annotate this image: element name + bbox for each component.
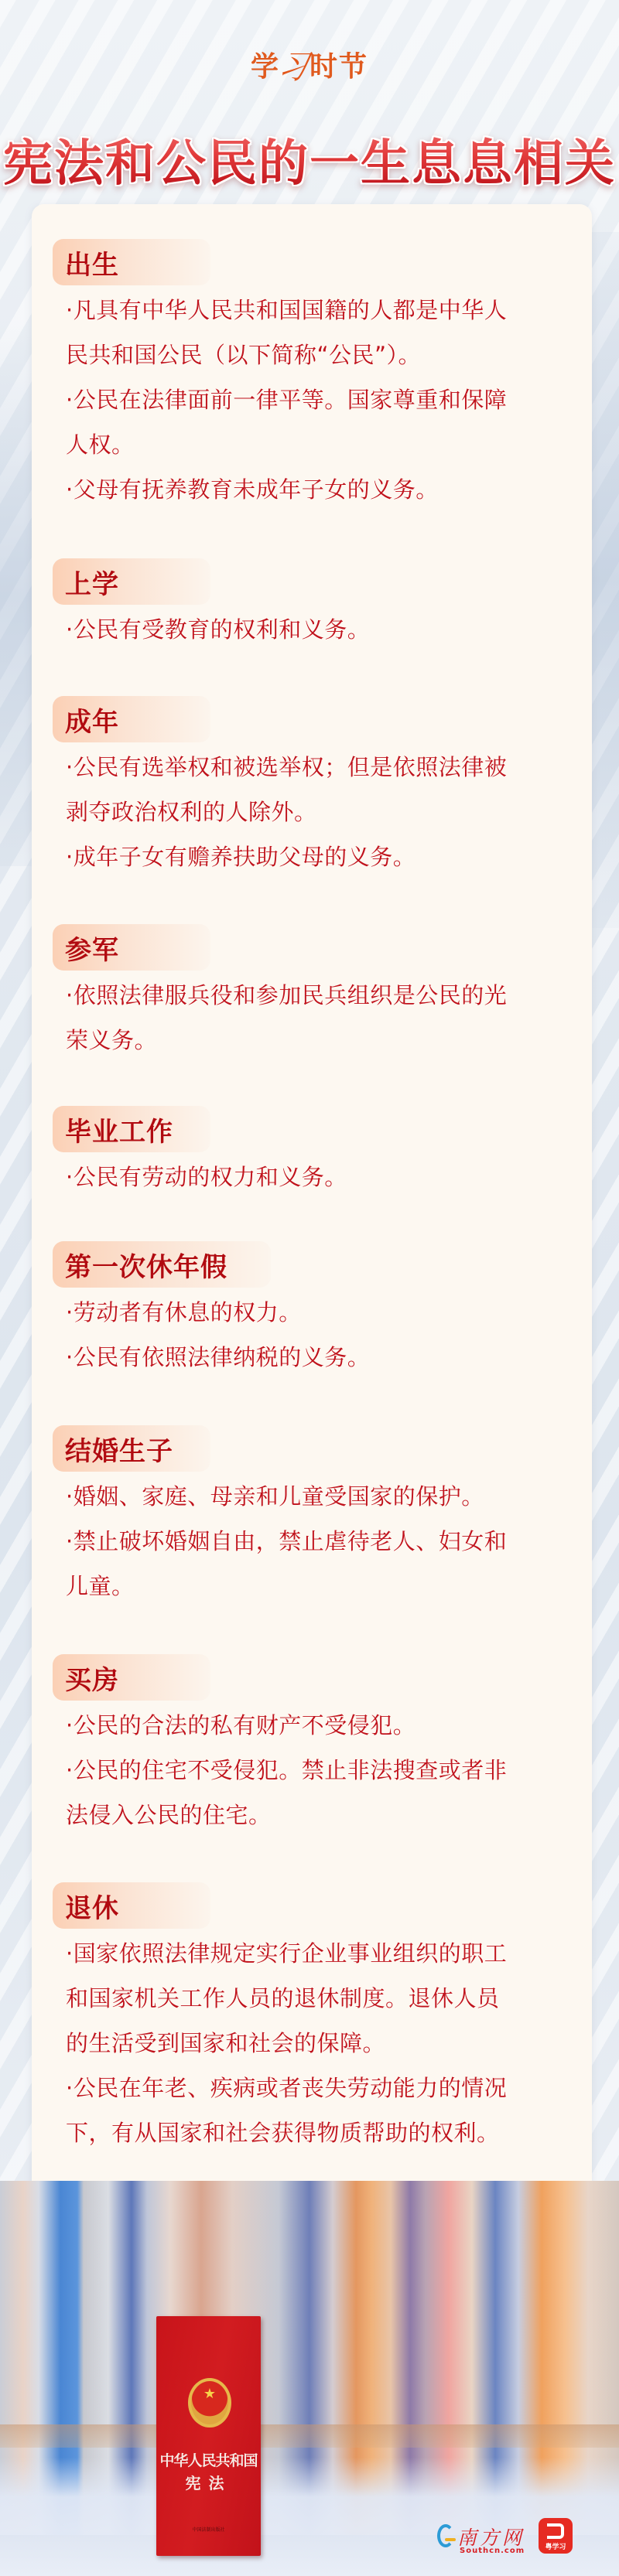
section-heading: 出生 bbox=[65, 244, 119, 281]
section-heading: 结婚生子 bbox=[65, 1430, 173, 1468]
list-item: 儿童。 bbox=[66, 1564, 579, 1609]
section-buy-house: 买房 ·公民的合法的私有财产不受侵犯。 ·公民的住宅不受侵犯。禁止非法搜查或者非… bbox=[53, 1654, 579, 1837]
list-item: ·公民的合法的私有财产不受侵犯。 bbox=[66, 1703, 579, 1748]
star-icon: ★ bbox=[203, 2387, 216, 2401]
section-adulthood: 成年 ·公民有选举权和被选举权；但是依照法律被 剥夺政治权利的人除外。 ·成年子… bbox=[53, 696, 579, 879]
section-heading: 买房 bbox=[65, 1659, 119, 1697]
list-item: ·公民有受教育的权利和义务。 bbox=[66, 607, 579, 652]
list-item: ·成年子女有赡养扶助父母的义务。 bbox=[66, 834, 579, 879]
section-graduation-work: 毕业工作 ·公民有劳动的权力和义务。 bbox=[53, 1106, 579, 1199]
section-first-vacation: 第一次休年假 ·劳动者有休息的权力。 ·公民有依照法律纳税的义务。 bbox=[53, 1241, 579, 1380]
section-tag: 成年 bbox=[53, 696, 210, 742]
brand-brush-character: 习 bbox=[275, 41, 314, 88]
section-retirement: 退休 ·国家依照法律规定实行企业事业组织的职工 和国家机关工作人员的退休制度。退… bbox=[53, 1882, 579, 2155]
list-item: ·公民在法律面前一律平等。国家尊重和保障 bbox=[66, 377, 579, 422]
book-publisher: 中国法制出版社 bbox=[156, 2526, 261, 2533]
list-item: 和国家机关工作人员的退休制度。退休人员 bbox=[66, 1976, 579, 2021]
content-card: 出生 ·凡具有中华人民共和国国籍的人都是中华人 民共和国公民（以下简称“公民”）… bbox=[32, 204, 592, 2264]
section-marriage-children: 结婚生子 ·婚姻、家庭、母亲和儿童受国家的保护。 ·禁止破坏婚姻自由，禁止虐待老… bbox=[53, 1425, 579, 1609]
section-tag: 毕业工作 bbox=[53, 1106, 210, 1152]
list-item: ·凡具有中华人民共和国国籍的人都是中华人 bbox=[66, 288, 579, 333]
section-school: 上学 ·公民有受教育的权利和义务。 bbox=[53, 558, 579, 652]
list-item: 荣义务。 bbox=[66, 1018, 579, 1063]
section-heading: 成年 bbox=[65, 701, 119, 739]
page-title: 宪法和公民的一生息息相关 bbox=[0, 124, 619, 195]
section-heading: 毕业工作 bbox=[65, 1111, 173, 1148]
section-tag: 买房 bbox=[53, 1654, 210, 1701]
section-tag: 出生 bbox=[53, 239, 210, 285]
section-heading: 退休 bbox=[65, 1887, 119, 1925]
list-item: ·公民有选举权和被选举权；但是依照法律被 bbox=[66, 745, 579, 790]
list-item: ·依照法律服兵役和参加民兵组织是公民的光 bbox=[66, 973, 579, 1018]
section-items: ·国家依照法律规定实行企业事业组织的职工 和国家机关工作人员的退休制度。退休人员… bbox=[53, 1931, 579, 2155]
background-decoration-right bbox=[588, 232, 619, 928]
list-item: 剥夺政治权利的人除外。 bbox=[66, 790, 579, 834]
list-item: 法侵入公民的住宅。 bbox=[66, 1793, 579, 1837]
bookshelf-background-photo bbox=[0, 2181, 619, 2576]
section-items: ·劳动者有休息的权力。 ·公民有依照法律纳税的义务。 bbox=[53, 1290, 579, 1380]
section-heading: 参军 bbox=[65, 929, 119, 967]
list-item: ·公民的住宅不受侵犯。禁止非法搜查或者非 bbox=[66, 1748, 579, 1793]
section-items: ·公民有受教育的权利和义务。 bbox=[53, 607, 579, 652]
section-tag: 退休 bbox=[53, 1882, 210, 1929]
section-birth: 出生 ·凡具有中华人民共和国国籍的人都是中华人 民共和国公民（以下简称“公民”）… bbox=[53, 239, 579, 512]
yuexuexi-logo: 粤学习 bbox=[539, 2518, 573, 2554]
list-item: ·公民有劳动的权力和义务。 bbox=[66, 1155, 579, 1199]
section-heading: 上学 bbox=[65, 563, 119, 601]
section-items: ·公民的合法的私有财产不受侵犯。 ·公民的住宅不受侵犯。禁止非法搜查或者非 法侵… bbox=[53, 1703, 579, 1837]
southcn-swirl-icon bbox=[437, 2524, 454, 2547]
book-title: 中华人民共和国 bbox=[156, 2452, 261, 2469]
section-military: 参军 ·依照法律服兵役和参加民兵组织是公民的光 荣义务。 bbox=[53, 924, 579, 1063]
list-item: ·公民在年老、疾病或者丧失劳动能力的情况 bbox=[66, 2066, 579, 2110]
section-items: ·凡具有中华人民共和国国籍的人都是中华人 民共和国公民（以下简称“公民”）。 ·… bbox=[53, 288, 579, 512]
section-tag: 结婚生子 bbox=[53, 1425, 210, 1472]
table-surface bbox=[0, 2535, 619, 2576]
brand-part-1: 学 bbox=[251, 51, 280, 83]
list-item: ·国家依照法律规定实行企业事业组织的职工 bbox=[66, 1931, 579, 1976]
list-item: 民共和国公民（以下简称“公民”）。 bbox=[66, 333, 579, 377]
constitution-book: ★ 中华人民共和国 宪法 中国法制出版社 bbox=[156, 2316, 261, 2556]
list-item: ·禁止破坏婚姻自由，禁止虐待老人、妇女和 bbox=[66, 1519, 579, 1564]
yuexuexi-glyph-icon bbox=[547, 2523, 564, 2539]
section-items: ·公民有劳动的权力和义务。 bbox=[53, 1155, 579, 1199]
southcn-url: Southcn.com bbox=[460, 2547, 525, 2555]
section-tag: 上学 bbox=[53, 558, 210, 605]
southcn-logo: 南方网 Southcn.com bbox=[437, 2523, 522, 2561]
brand-logo-xuexi-shijie: 学习时节 bbox=[0, 45, 619, 84]
list-item: 的生活受到国家和社会的保障。 bbox=[66, 2021, 579, 2066]
section-heading: 第一次休年假 bbox=[65, 1246, 227, 1284]
section-tag: 第一次休年假 bbox=[53, 1241, 271, 1288]
list-item: ·婚姻、家庭、母亲和儿童受国家的保护。 bbox=[66, 1474, 579, 1519]
list-item: ·公民有依照法律纳税的义务。 bbox=[66, 1335, 579, 1380]
bookshelf-board bbox=[0, 2424, 619, 2448]
yuexuexi-label: 粤学习 bbox=[545, 2541, 566, 2551]
list-item: ·劳动者有休息的权力。 bbox=[66, 1290, 579, 1335]
section-items: ·依照法律服兵役和参加民兵组织是公民的光 荣义务。 bbox=[53, 973, 579, 1063]
section-items: ·婚姻、家庭、母亲和儿童受国家的保护。 ·禁止破坏婚姻自由，禁止虐待老人、妇女和… bbox=[53, 1474, 579, 1609]
list-item: 人权。 bbox=[66, 422, 579, 467]
list-item: ·父母有抚养教育未成年子女的义务。 bbox=[66, 467, 579, 512]
list-item: 下，有从国家和社会获得物质帮助的权利。 bbox=[66, 2110, 579, 2155]
brand-part-2: 时节 bbox=[309, 51, 368, 83]
national-emblem-icon: ★ bbox=[188, 2378, 231, 2428]
section-items: ·公民有选举权和被选举权；但是依照法律被 剥夺政治权利的人除外。 ·成年子女有赡… bbox=[53, 745, 579, 879]
book-subtitle: 宪法 bbox=[156, 2471, 261, 2493]
section-tag: 参军 bbox=[53, 924, 210, 971]
